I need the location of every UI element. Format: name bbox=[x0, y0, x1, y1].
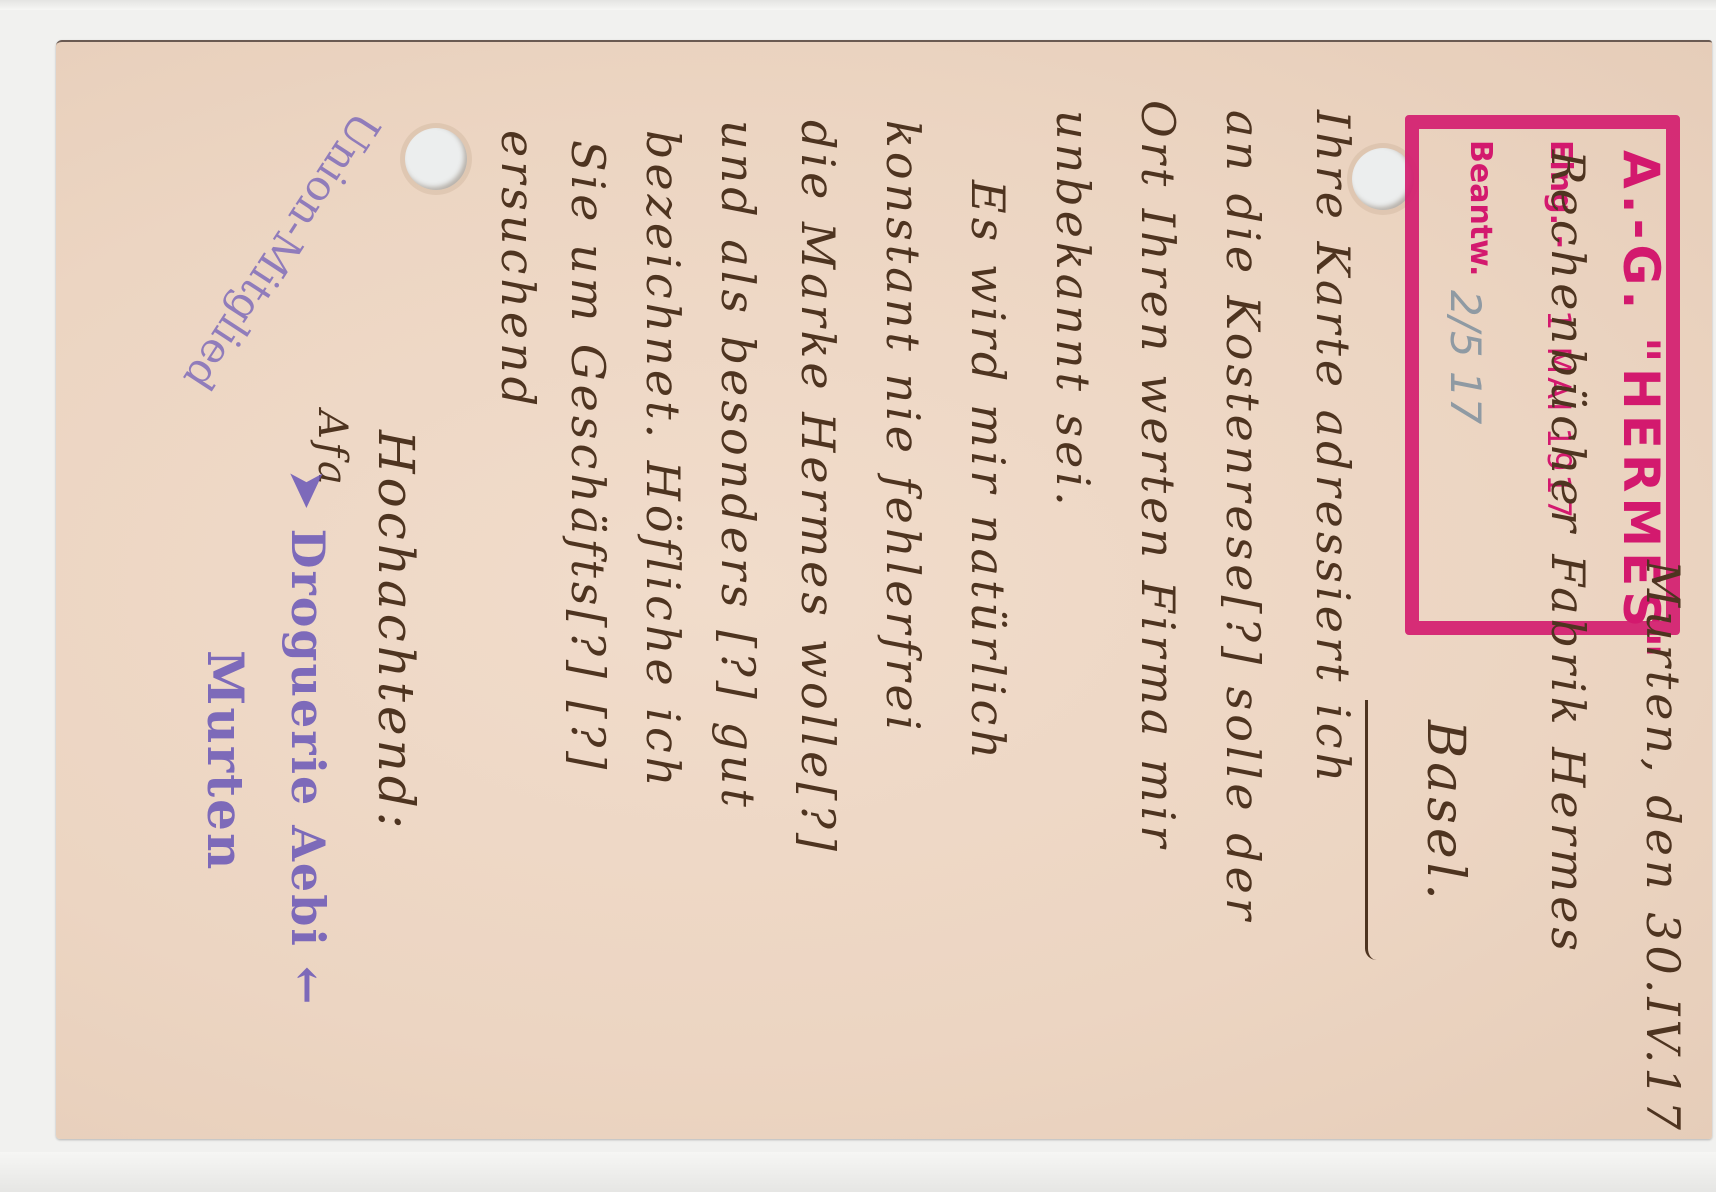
stamp-answered-pencil: 2/5 17 bbox=[1441, 290, 1490, 424]
stamp-answered-label: Beantw. bbox=[1463, 140, 1498, 276]
letter-closing: Hochachtend: bbox=[367, 430, 425, 833]
body-line: konstant nie fehlerfrei bbox=[876, 120, 930, 734]
body-line: und als besonders [?] gut bbox=[711, 120, 765, 811]
body-line: Ihre Karte adressiert ich bbox=[1306, 110, 1360, 786]
body-line: Es wird mir natürlich bbox=[961, 180, 1015, 763]
letter-recipient: Rechenbücher Fabrik Hermes bbox=[1541, 150, 1595, 955]
body-line: die Marke Hermes wolle[?] bbox=[791, 120, 845, 855]
ornament-arrow-icon: ← bbox=[281, 948, 335, 1007]
letter-recipient-city: Basel. bbox=[1415, 720, 1475, 904]
sender-name: Droguerie Aebi bbox=[281, 529, 335, 948]
body-line: ersuchend bbox=[491, 130, 545, 410]
letter-place-date: Murten, den 30.IV.17 bbox=[1636, 560, 1690, 1134]
body-line: Sie um Geschäfts[?] [?] bbox=[561, 140, 615, 773]
body-line: unbekannt sei. bbox=[1046, 110, 1100, 510]
sender-stamp-city: Murten bbox=[196, 650, 255, 871]
ornament-arrow-icon: ➤ bbox=[281, 470, 335, 529]
body-line: bezeichnet. Höfliche ich bbox=[636, 130, 690, 790]
body-line: Ort Ihren werten Firma mir bbox=[1131, 100, 1185, 851]
body-line: an die Kostenrese[?] solle der bbox=[1216, 110, 1270, 924]
sender-stamp-name: ➤ Droguerie Aebi ← bbox=[281, 470, 335, 1006]
scanner-frame-top bbox=[0, 0, 1716, 10]
city-underline bbox=[1365, 700, 1388, 960]
scanner-frame-bottom bbox=[0, 1152, 1716, 1192]
punch-hole-icon bbox=[405, 128, 467, 190]
